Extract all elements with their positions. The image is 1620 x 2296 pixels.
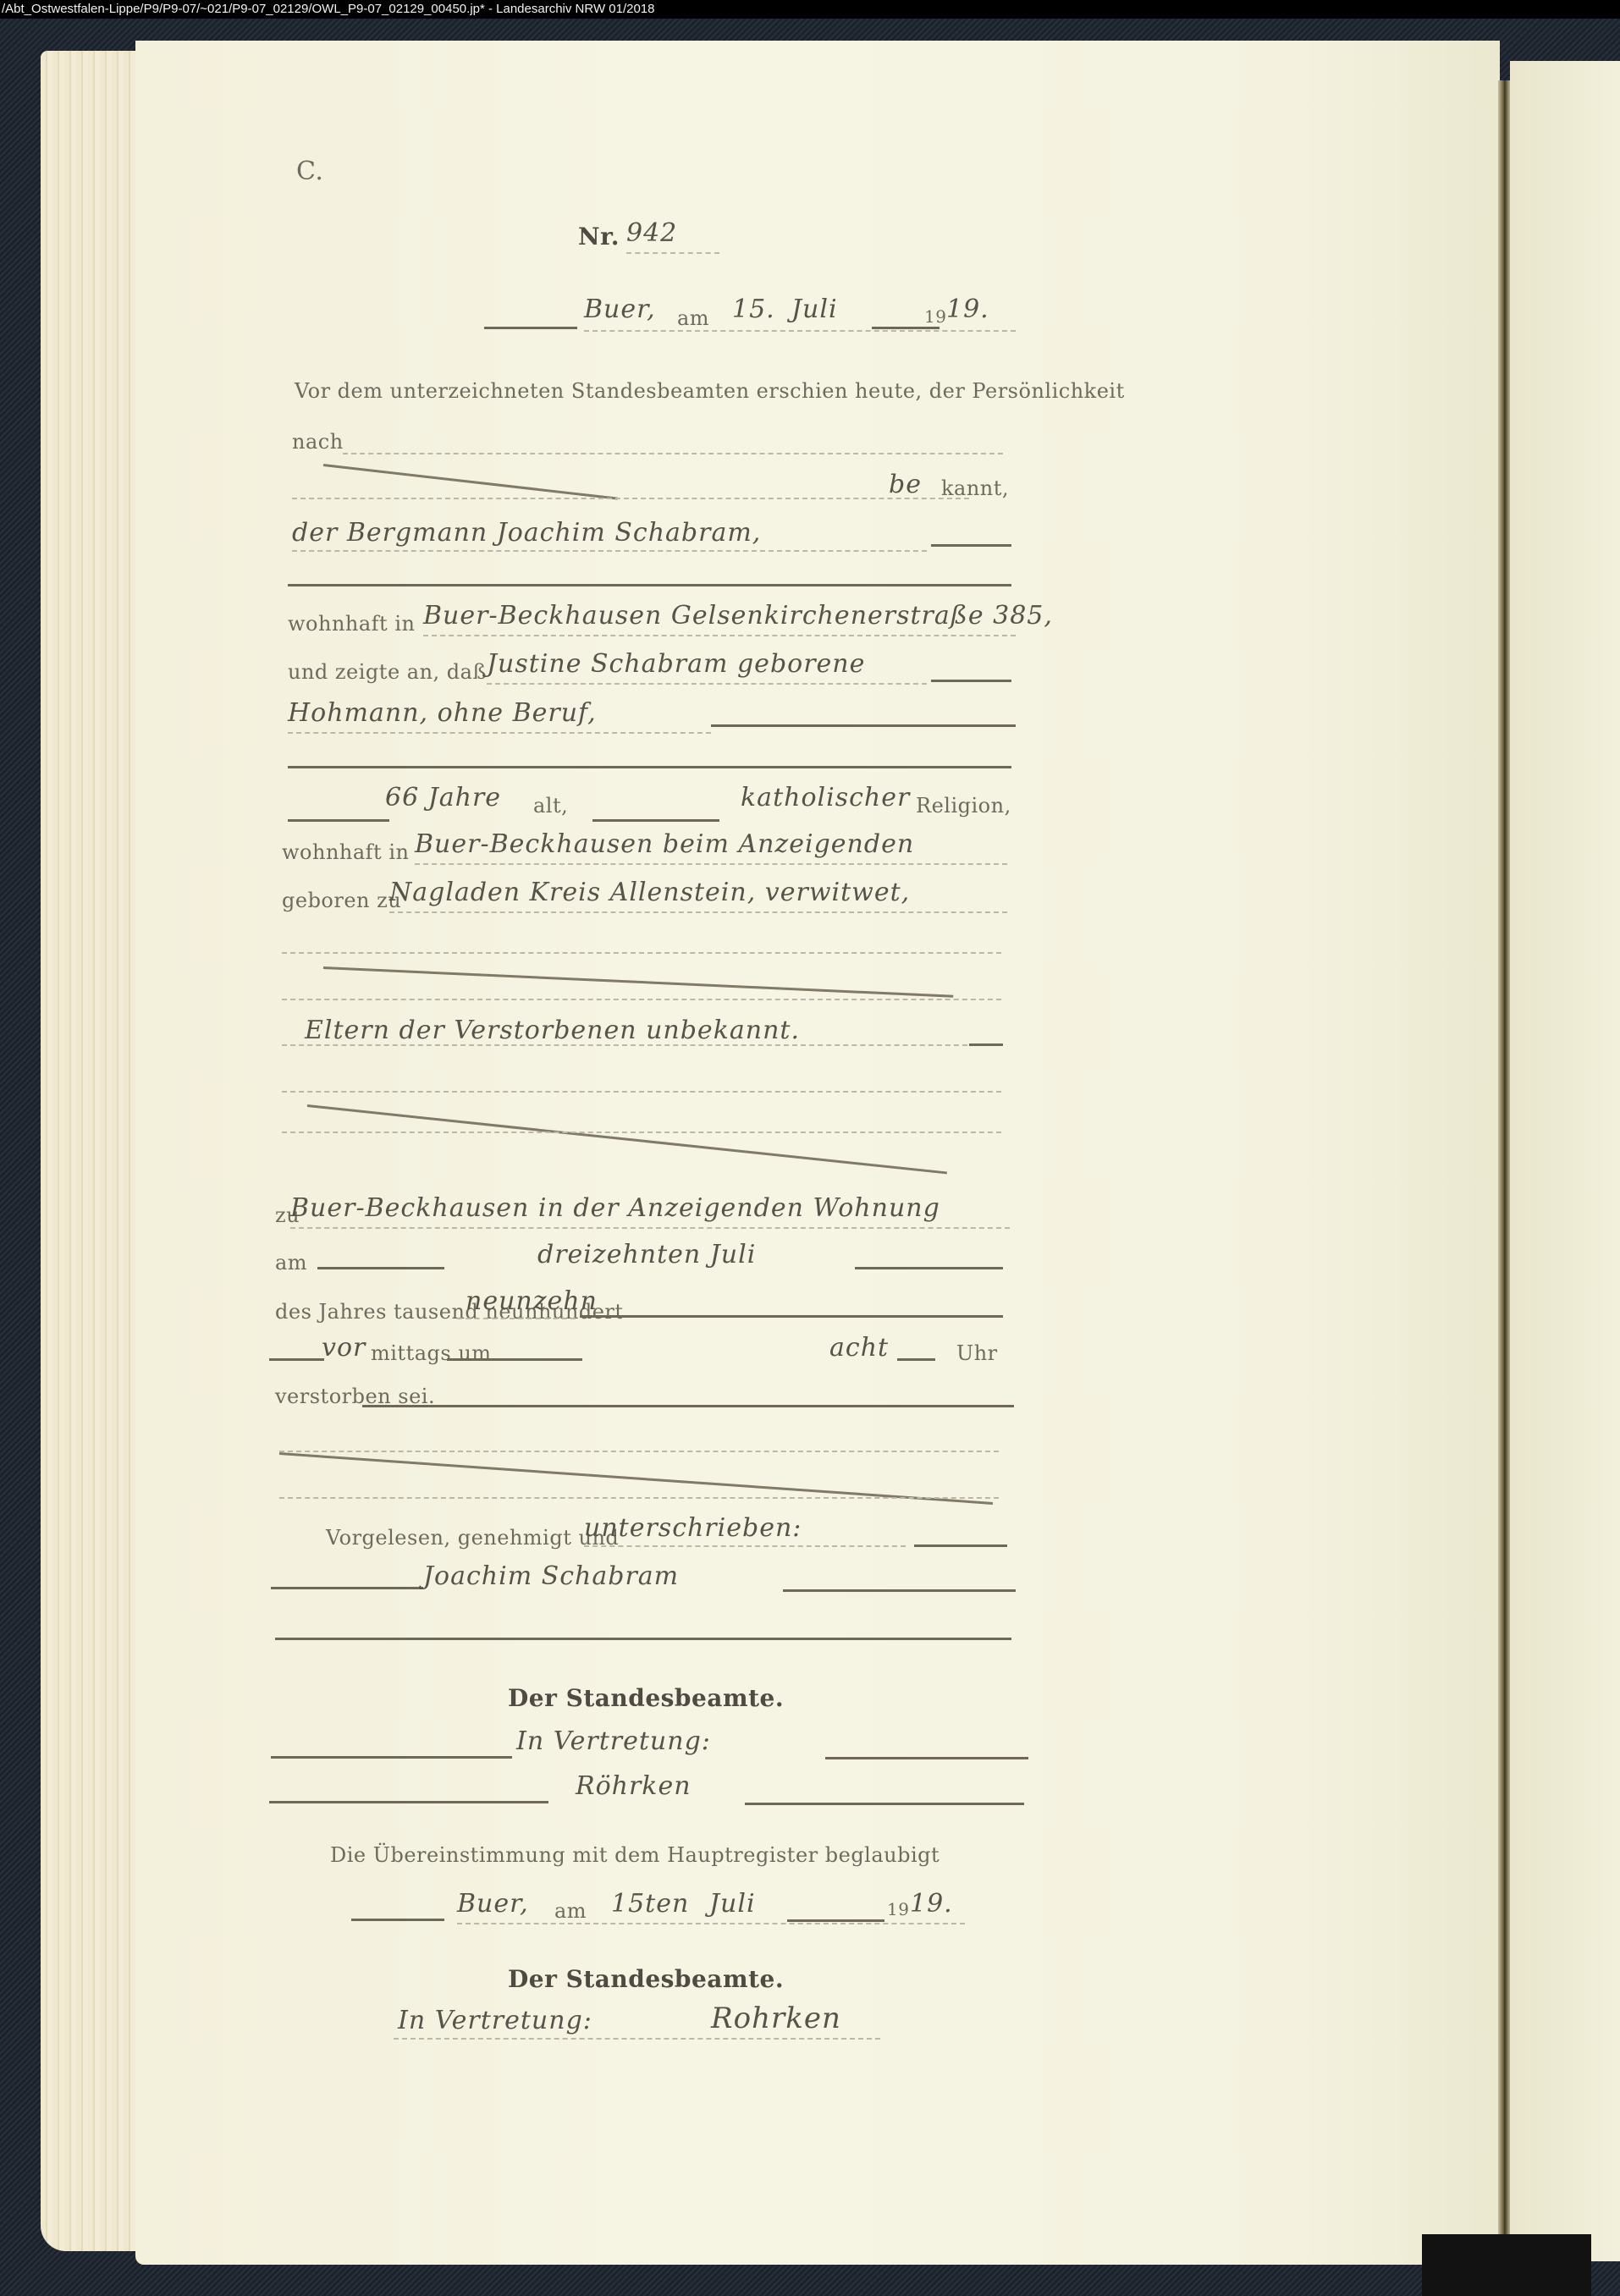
rule: [825, 1757, 1028, 1759]
window-title-bar: /Abt_Ostwestfalen-Lippe/P9/P9-07/~021/P9…: [0, 0, 1620, 19]
rule: [271, 1756, 512, 1759]
rule: [783, 1589, 1016, 1592]
dotted-line: [389, 911, 1007, 913]
geboren-label: geboren zu: [282, 889, 401, 912]
dotted-line: [487, 683, 927, 685]
rule: [275, 1638, 1011, 1640]
birthplace: Nagladen Kreis Allenstein, verwitwet,: [389, 878, 910, 907]
rule: [711, 724, 1016, 727]
registry-place: Buer,: [584, 295, 656, 324]
dotted-line: [626, 252, 719, 254]
rule: [484, 327, 577, 329]
vorgelesen-handwritten: unterschrieben:: [584, 1513, 802, 1543]
cert-official-title: Der Standesbeamte.: [508, 1965, 784, 1993]
dotted-line: [584, 330, 1016, 332]
rule: [269, 1801, 548, 1803]
registry-month: Juli: [791, 295, 838, 324]
zeigte-label: und zeigte an, daß: [288, 660, 487, 684]
bekannt-handwritten: be: [889, 470, 922, 499]
rule: [288, 819, 389, 822]
dotted-line: [457, 1923, 965, 1924]
number-label: Nr.: [578, 223, 620, 251]
book-gutter: [1498, 80, 1510, 2255]
dotted-line: [282, 1131, 1001, 1133]
register-page: [135, 41, 1500, 2265]
deceased-age: 66 Jahre: [385, 783, 501, 812]
death-year: neunzehn: [466, 1286, 598, 1316]
mittags-label: mittags um: [371, 1341, 492, 1365]
cert-am-label: am: [554, 1899, 587, 1923]
rule: [592, 819, 719, 822]
wohnhaft-label-2: wohnhaft in: [282, 840, 409, 864]
deceased-residence: Buer-Beckhausen beim Anzeigenden: [415, 829, 914, 859]
dotted-line: [290, 1227, 1010, 1229]
dotted-line: [282, 1091, 1001, 1093]
series-mark: C.: [296, 157, 323, 186]
official-title: Der Standesbeamte.: [508, 1684, 784, 1712]
vorgelesen-label: Vorgelesen, genehmigt und: [326, 1526, 619, 1550]
dotted-line: [282, 952, 1001, 954]
official-vertretung: In Vertretung:: [516, 1726, 711, 1756]
cert-vertretung: In Vertretung:: [398, 2006, 592, 2035]
rule: [580, 1315, 1003, 1318]
registry-day: 15.: [732, 295, 775, 324]
official-signature: Röhrken: [576, 1771, 692, 1801]
am-label: am: [677, 306, 709, 330]
parents: Eltern der Verstorbenen unbekannt.: [305, 1016, 800, 1045]
rule: [931, 680, 1011, 682]
rule: [288, 584, 1011, 586]
rule: [872, 327, 939, 329]
nach-label: nach: [292, 430, 344, 454]
religion-label: Religion,: [916, 794, 1011, 818]
dotted-line: [279, 1497, 999, 1499]
cert-year-prefix: 19: [887, 1899, 909, 1919]
rule: [317, 1267, 444, 1269]
window-title: /Abt_Ostwestfalen-Lippe/P9/P9-07/~021/P9…: [2, 2, 655, 16]
dotted-line: [423, 635, 1016, 636]
dotted-line: [394, 2038, 880, 2040]
facing-page: [1510, 61, 1620, 2261]
uhr-label: Uhr: [956, 1341, 998, 1365]
rule: [351, 1919, 444, 1921]
dotted-line: [279, 1451, 999, 1452]
wohnhaft-label: wohnhaft in: [288, 612, 415, 636]
informant-signature: Joachim Schabram: [423, 1561, 679, 1591]
cert-day: 15ten: [611, 1889, 689, 1919]
rule: [855, 1267, 1003, 1269]
vor-handwritten: vor: [322, 1333, 366, 1363]
rule: [969, 1043, 1003, 1046]
dotted-line: [457, 1318, 576, 1319]
rule: [288, 766, 1011, 768]
registry-year: 19.: [946, 295, 989, 324]
dotted-line: [584, 1545, 906, 1547]
cert-year: 19.: [910, 1889, 953, 1919]
rule: [447, 1358, 582, 1361]
rule: [787, 1919, 884, 1922]
informant-name: der Bergmann Joachim Schabram,: [292, 518, 761, 548]
death-day: dreizehnten Juli: [537, 1240, 756, 1269]
rule: [362, 1405, 1014, 1407]
year-prefix: 19: [924, 306, 946, 327]
rule: [745, 1803, 1024, 1805]
dotted-line: [282, 1044, 976, 1046]
death-hour: acht: [829, 1333, 889, 1363]
rule: [897, 1358, 935, 1361]
rule: [931, 544, 1011, 547]
dotted-line: [282, 999, 1001, 1000]
dotted-line: [415, 863, 1007, 865]
deceased-name: Justine Schabram geborene: [487, 649, 865, 679]
bekannt-label: kannt,: [941, 476, 1009, 500]
cert-place: Buer,: [457, 1889, 529, 1919]
deceased-name-cont: Hohmann, ohne Beruf,: [288, 698, 597, 728]
alt-label: alt,: [533, 794, 568, 818]
dotted-line: [292, 498, 969, 499]
rule: [914, 1544, 1007, 1547]
death-place: Buer-Beckhausen in der Anzeigenden Wohnu…: [290, 1193, 940, 1223]
rule: [271, 1587, 423, 1589]
record-number: 942: [626, 218, 677, 248]
rule: [269, 1358, 324, 1361]
religion: katholischer: [741, 783, 910, 812]
book-page-edges: [41, 51, 138, 2251]
dotted-line: [343, 453, 1003, 454]
certification-text: Die Übereinstimmung mit dem Hauptregiste…: [330, 1843, 939, 1867]
cert-month: Juli: [709, 1889, 756, 1919]
dotted-line: [292, 550, 927, 552]
informant-residence: Buer-Beckhausen Gelsenkirchenerstraße 38…: [423, 601, 1053, 630]
book-shadow: [1422, 2234, 1591, 2296]
cert-signature: Rohrken: [711, 2001, 841, 2035]
am-label-2: am: [275, 1251, 307, 1275]
dotted-line: [288, 732, 711, 734]
intro-text: Vor dem unterzeichneten Standesbeamten e…: [295, 379, 1125, 403]
